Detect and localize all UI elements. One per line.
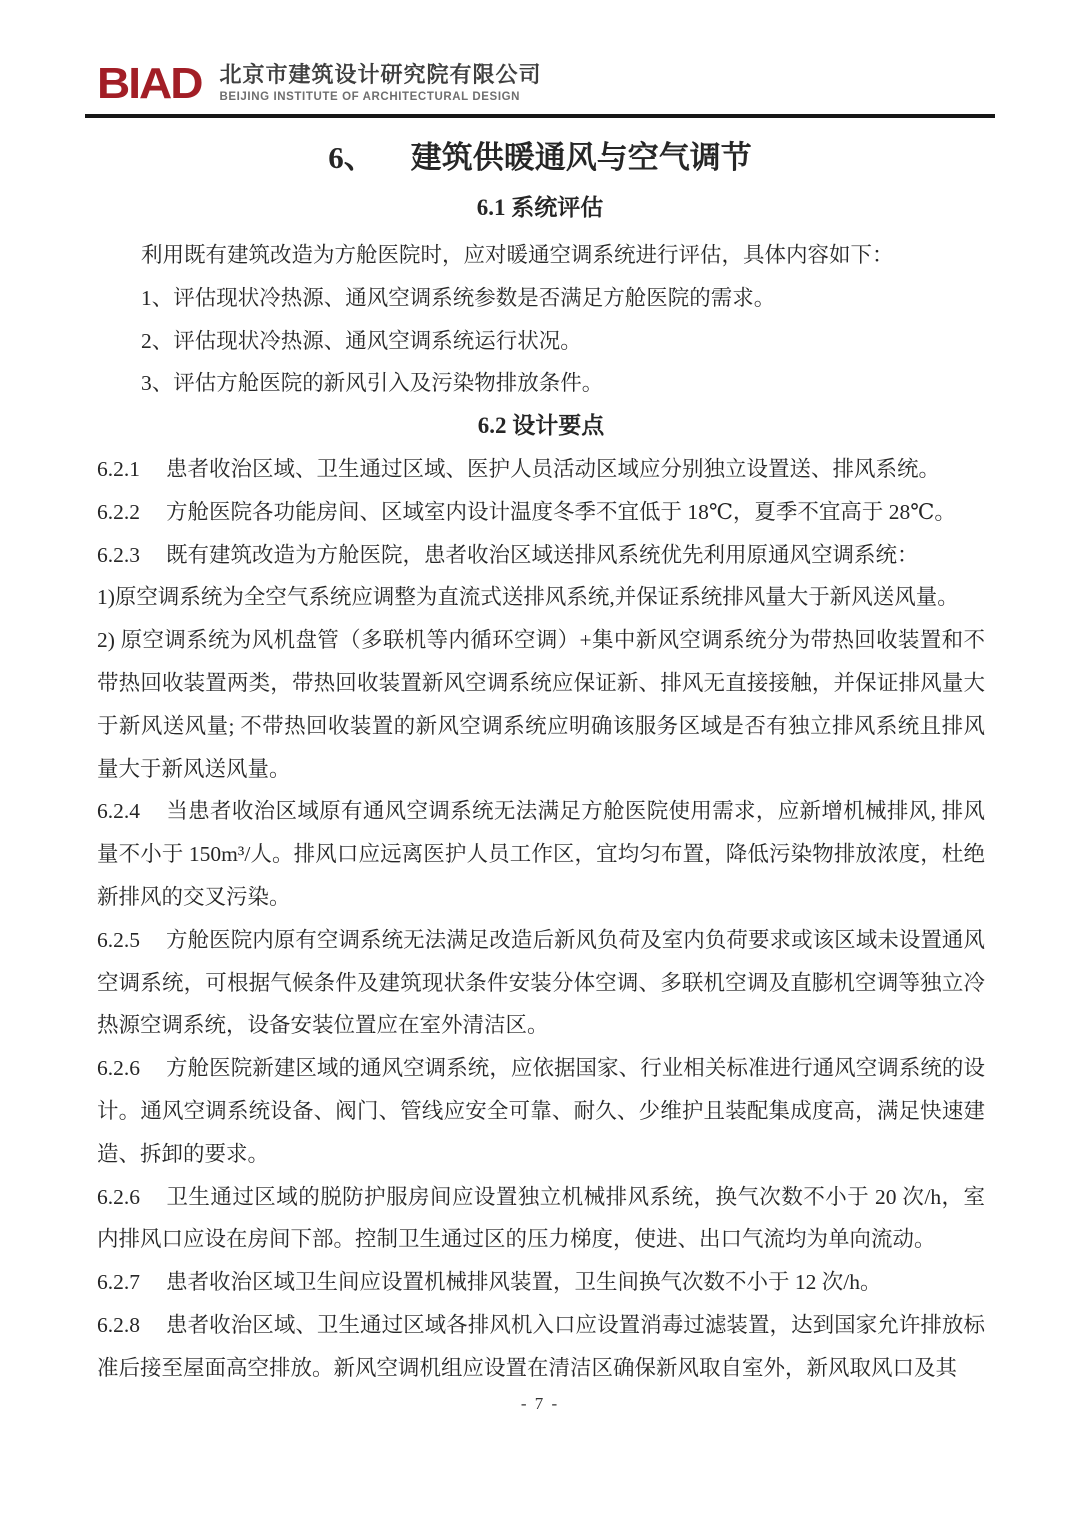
clause-text: 方舱医院各功能房间、区域室内设计温度冬季不宜低于 18℃，夏季不宜高于 28℃。 <box>166 500 956 524</box>
clause-6-2-5: 6.2.5方舱医院内原有空调系统无法满足改造后新风负荷及室内负荷要求或该区域未设… <box>97 919 985 1047</box>
clause-6-2-2: 6.2.2方舱医院各功能房间、区域室内设计温度冬季不宜低于 18℃，夏季不宜高于… <box>97 491 985 534</box>
section-heading-6-2: 6.2 设计要点 <box>97 405 985 448</box>
clause-text: 患者收治区域卫生间应设置机械排风装置，卫生间换气次数不小于 12 次/h。 <box>166 1270 881 1294</box>
company-name-en: BEIJING INSTITUTE OF ARCHITECTURAL DESIG… <box>219 90 541 104</box>
page-title: 6、建筑供暖通风与空气调节 <box>0 136 1080 180</box>
page-number: - 7 - <box>0 1394 1080 1414</box>
clause-number: 6.2.5 <box>97 928 140 952</box>
clause-number: 6.2.8 <box>97 1313 140 1337</box>
clause-number: 6.2.1 <box>97 457 140 481</box>
clause-6-2-4: 6.2.4当患者收治区域原有通风空调系统无法满足方舱医院使用需求，应新增机械排风… <box>97 790 985 918</box>
clause-6-2-6: 6.2.6方舱医院新建区域的通风空调系统，应依据国家、行业相关标准进行通风空调系… <box>97 1047 985 1175</box>
clause-text: 既有建筑改造为方舱医院，患者收治区域送排风系统优先利用原通风空调系统： <box>166 543 919 567</box>
list-item-3: 3、评估方舱医院的新风引入及污染物排放条件。 <box>97 362 985 405</box>
clause-6-2-6b: 6.2.6卫生通过区域的脱防护服房间应设置独立机械排风系统，换气次数不小于 20… <box>97 1176 985 1262</box>
clause-text: 方舱医院内原有空调系统无法满足改造后新风负荷及室内负荷要求或该区域未设置通风空调… <box>97 928 985 1038</box>
company-name-cn: 北京市建筑设计研究院有限公司 <box>219 62 541 88</box>
biad-logo: BIAD <box>97 63 201 103</box>
clause-6-2-7: 6.2.7患者收治区域卫生间应设置机械排风装置，卫生间换气次数不小于 12 次/… <box>97 1261 985 1304</box>
document-page: BIAD 北京市建筑设计研究院有限公司 BEIJING INSTITUTE OF… <box>0 0 1080 1528</box>
clause-number: 6.2.3 <box>97 543 140 567</box>
clause-text: 患者收治区域、卫生通过区域、医护人员活动区域应分别独立设置送、排风系统。 <box>166 457 940 481</box>
header-divider-rule <box>85 114 995 118</box>
clause-number: 6.2.6 <box>97 1185 140 1209</box>
chapter-title-text: 建筑供暖通风与空气调节 <box>411 140 752 175</box>
clause-text: 当患者收治区域原有通风空调系统无法满足方舱医院使用需求，应新增机械排风, 排风量… <box>97 799 985 909</box>
clause-number: 6.2.7 <box>97 1270 140 1294</box>
section-heading-6-1: 6.1 系统评估 <box>0 192 1080 224</box>
clause-number: 6.2.2 <box>97 500 140 524</box>
chapter-number: 6、 <box>328 140 375 175</box>
clause-6-2-8: 6.2.8患者收治区域、卫生通过区域各排风机入口应设置消毒过滤装置，达到国家允许… <box>97 1304 985 1390</box>
clause-number: 6.2.4 <box>97 799 140 823</box>
paragraph-intro: 利用既有建筑改造为方舱医院时，应对暖通空调系统进行评估，具体内容如下： <box>97 234 985 277</box>
page-header: BIAD 北京市建筑设计研究院有限公司 BEIJING INSTITUTE OF… <box>0 0 1080 104</box>
clause-number: 6.2.6 <box>97 1056 140 1080</box>
clause-text: 患者收治区域、卫生通过区域各排风机入口应设置消毒过滤装置，达到国家允许排放标准后… <box>97 1313 985 1380</box>
clause-text: 方舱医院新建区域的通风空调系统，应依据国家、行业相关标准进行通风空调系统的设计。… <box>97 1056 985 1166</box>
clause-text: 卫生通过区域的脱防护服房间应设置独立机械排风系统，换气次数不小于 20 次/h，… <box>97 1185 985 1252</box>
company-name-block: 北京市建筑设计研究院有限公司 BEIJING INSTITUTE OF ARCH… <box>219 62 541 104</box>
header-row: BIAD 北京市建筑设计研究院有限公司 BEIJING INSTITUTE OF… <box>97 62 995 104</box>
list-item-1: 1、评估现状冷热源、通风空调系统参数是否满足方舱医院的需求。 <box>97 277 985 320</box>
subclause-1: 1)原空调系统为全空气系统应调整为直流式送排风系统,并保证系统排风量大于新风送风… <box>97 576 985 619</box>
list-item-2: 2、评估现状冷热源、通风空调系统运行状况。 <box>97 320 985 363</box>
clause-6-2-1: 6.2.1患者收治区域、卫生通过区域、医护人员活动区域应分别独立设置送、排风系统… <box>97 448 985 491</box>
clause-6-2-3: 6.2.3既有建筑改造为方舱医院，患者收治区域送排风系统优先利用原通风空调系统： <box>97 534 985 577</box>
subclause-2: 2) 原空调系统为风机盘管（多联机等内循环空调）+集中新风空调系统分为带热回收装… <box>97 619 985 790</box>
document-body: 利用既有建筑改造为方舱医院时，应对暖通空调系统进行评估，具体内容如下： 1、评估… <box>97 234 985 1390</box>
